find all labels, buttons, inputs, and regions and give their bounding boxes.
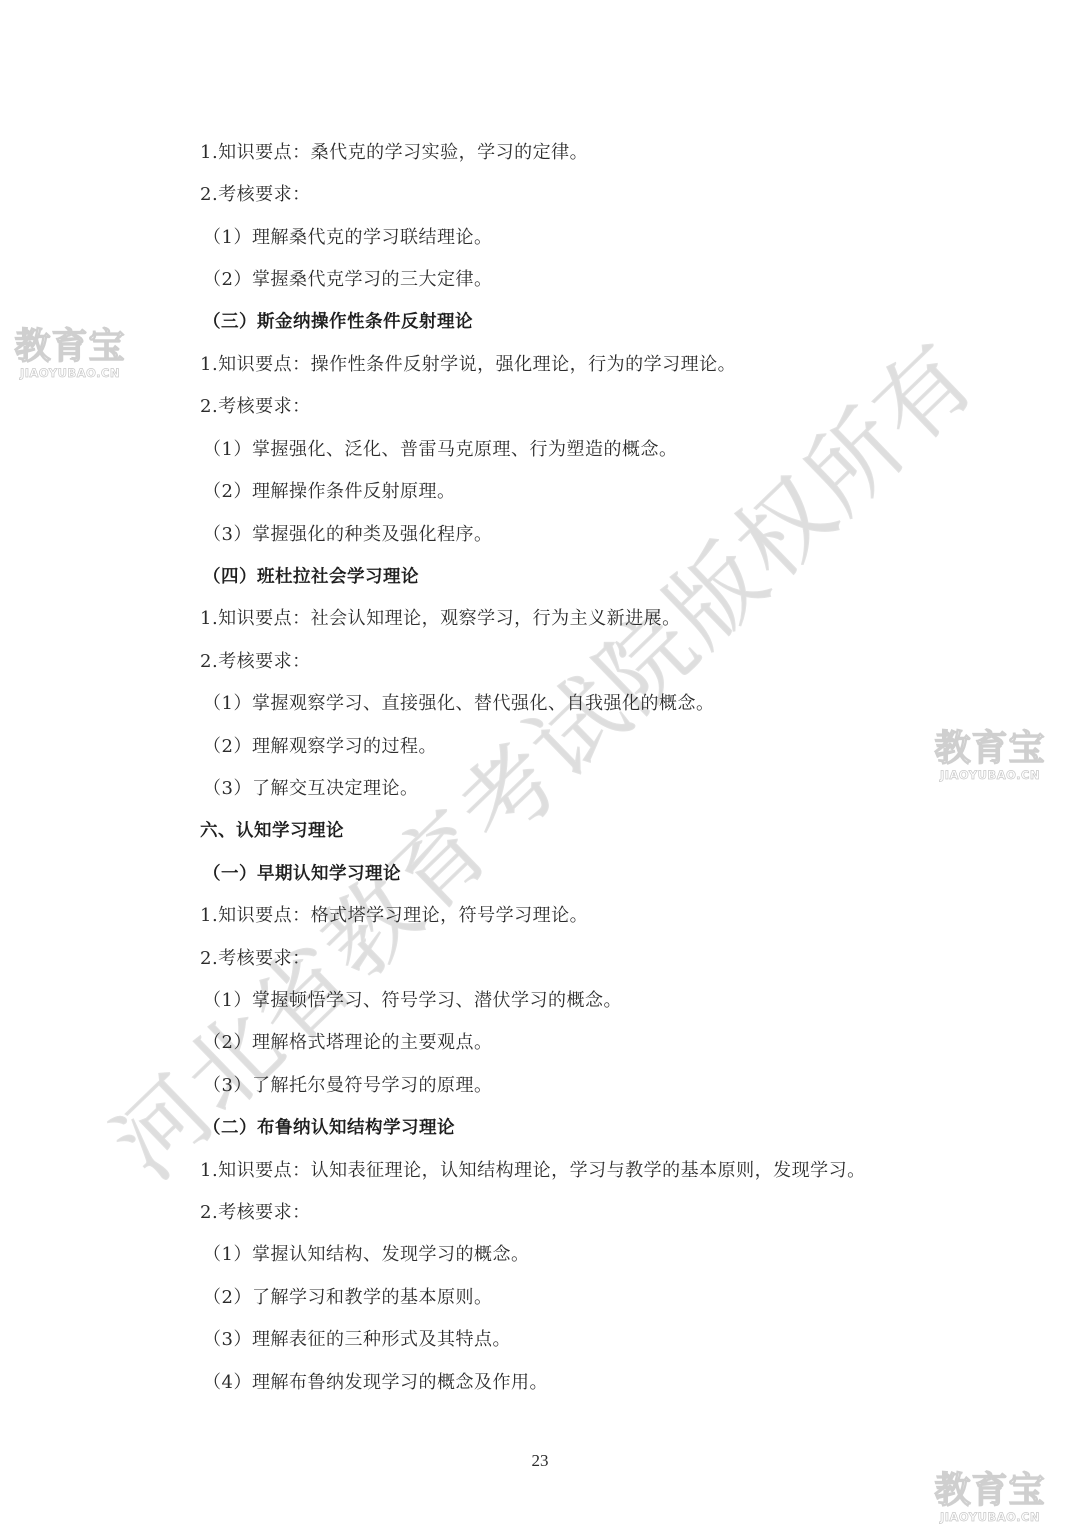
requirement-item: （1）理解桑代克的学习联结理论。 (203, 226, 492, 250)
requirement-item: （2）理解格式塔理论的主要观点。 (203, 1031, 492, 1055)
jiaoyubao-logo: 教育宝 JIAOYUBAO.CN (10, 328, 130, 380)
requirements-heading: 2.考核要求： (200, 947, 311, 971)
logo-en-text: JIAOYUBAO.CN (10, 366, 130, 380)
subsection-heading: （一）早期认知学习理论 (203, 862, 401, 886)
subsection-heading: （二）布鲁纳认知结构学习理论 (203, 1116, 455, 1140)
knowledge-points-line: 1.知识要点：认知表征理论，认知结构理论，学习与教学的基本原则，发现学习。 (200, 1159, 866, 1183)
page-number: 23 (0, 1451, 1080, 1471)
knowledge-points-line: 1.知识要点：操作性条件反射学说，强化理论，行为的学习理论。 (200, 353, 736, 377)
requirement-item: （1）掌握认知结构、发现学习的概念。 (203, 1243, 529, 1267)
requirement-item: （2）理解观察学习的过程。 (203, 735, 437, 759)
logo-en-text: JIAOYUBAO.CN (930, 1510, 1050, 1524)
requirements-heading: 2.考核要求： (200, 1201, 311, 1225)
requirements-heading: 2.考核要求： (200, 183, 311, 207)
requirement-item: （3）理解表征的三种形式及其特点。 (203, 1328, 511, 1352)
logo-cn-text: 教育宝 (930, 730, 1050, 768)
knowledge-points-line: 1.知识要点：格式塔学习理论，符号学习理论。 (200, 904, 588, 928)
subsection-heading: （三）斯金纳操作性条件反射理论 (203, 310, 473, 334)
requirement-item: （2）了解学习和教学的基本原则。 (203, 1286, 492, 1310)
requirement-item: （3）掌握强化的种类及强化程序。 (203, 523, 492, 547)
subsection-heading: （四）班杜拉社会学习理论 (203, 565, 419, 589)
requirement-item: （3）了解托尔曼符号学习的原理。 (203, 1074, 492, 1098)
requirement-item: （3）了解交互决定理论。 (203, 777, 418, 801)
requirement-item: （4）理解布鲁纳发现学习的概念及作用。 (203, 1371, 548, 1395)
section-heading: 六、认知学习理论 (200, 819, 344, 843)
requirements-heading: 2.考核要求： (200, 650, 311, 674)
requirement-item: （1）掌握顿悟学习、符号学习、潜伏学习的概念。 (203, 989, 622, 1013)
requirement-item: （1）掌握观察学习、直接强化、替代强化、自我强化的概念。 (203, 692, 714, 716)
logo-cn-text: 教育宝 (10, 328, 130, 366)
knowledge-points-line: 1.知识要点：桑代克的学习实验，学习的定律。 (200, 141, 588, 165)
requirement-item: （2）理解操作条件反射原理。 (203, 480, 455, 504)
jiaoyubao-logo: 教育宝 JIAOYUBAO.CN (930, 730, 1050, 782)
requirement-item: （1）掌握强化、泛化、普雷马克原理、行为塑造的概念。 (203, 438, 677, 462)
jiaoyubao-logo: 教育宝 JIAOYUBAO.CN (930, 1472, 1050, 1524)
requirements-heading: 2.考核要求： (200, 395, 311, 419)
document-page: 河北省教育考试院版权所有 教育宝 JIAOYUBAO.CN 教育宝 JIAOYU… (0, 0, 1080, 1527)
logo-cn-text: 教育宝 (930, 1472, 1050, 1510)
logo-en-text: JIAOYUBAO.CN (930, 768, 1050, 782)
knowledge-points-line: 1.知识要点：社会认知理论，观察学习，行为主义新进展。 (200, 607, 681, 631)
requirement-item: （2）掌握桑代克学习的三大定律。 (203, 268, 492, 292)
